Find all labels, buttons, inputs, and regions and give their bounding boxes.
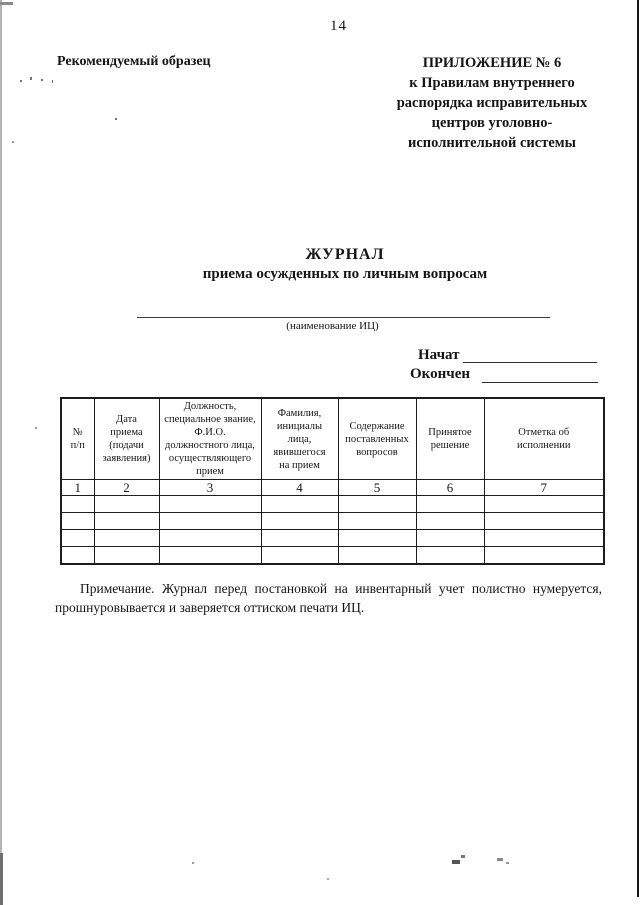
appendix-line: центров уголовно- (386, 113, 598, 133)
empty-cell (94, 513, 159, 530)
empty-cell (261, 496, 338, 513)
recommended-sample-label: Рекомендуемый образец (57, 54, 211, 70)
empty-cell (61, 496, 94, 513)
table-row (61, 530, 604, 547)
scan-speck (497, 858, 503, 861)
empty-cell (94, 496, 159, 513)
empty-cell (94, 530, 159, 547)
empty-cell (416, 496, 484, 513)
scan-right-edge-line (637, 0, 639, 897)
header-cell-decision: Принятое решение (416, 398, 484, 480)
scan-speck (20, 80, 22, 82)
page-number: 14 (330, 18, 347, 35)
table-row (61, 496, 604, 513)
journal-title-block: ЖУРНАЛ приема осужденных по личным вопро… (60, 245, 630, 284)
scan-speck (327, 878, 329, 880)
empty-cell (159, 513, 261, 530)
empty-cell (61, 547, 94, 564)
empty-cell (416, 530, 484, 547)
scan-speck (30, 77, 32, 80)
empty-cell (484, 513, 604, 530)
column-number: 6 (416, 480, 484, 496)
empty-cell (159, 530, 261, 547)
ic-name-caption: (наименование ИЦ) (240, 320, 425, 332)
scan-speck (452, 860, 460, 864)
empty-cell (261, 513, 338, 530)
column-number: 4 (261, 480, 338, 496)
column-number-row: 1 2 3 4 5 6 7 (61, 480, 604, 496)
empty-cell (484, 547, 604, 564)
header-cell-date: Дата приема (подачи заявления) (94, 398, 159, 480)
header-cell-official: Должность, специальное звание, Ф.И.О. до… (159, 398, 261, 480)
footnote-line-2: прошнуровывается и заверяется оттиском п… (55, 599, 602, 618)
scan-speck (41, 79, 43, 81)
scan-speck (192, 862, 194, 864)
empty-cell (484, 530, 604, 547)
column-number: 7 (484, 480, 604, 496)
table-row (61, 513, 604, 530)
empty-cell (338, 496, 416, 513)
appendix-line: к Правилам внутреннего (386, 73, 598, 93)
journal-title: ЖУРНАЛ (60, 245, 630, 264)
empty-cell (416, 513, 484, 530)
started-label: Начат (418, 347, 460, 364)
scan-left-edge-line (0, 0, 2, 905)
scan-speck (35, 427, 37, 429)
header-cell-person: Фамилия, инициалы лица, явившегося на пр… (261, 398, 338, 480)
journal-subtitle: приема осужденных по личным вопросам (60, 264, 630, 284)
column-number: 3 (159, 480, 261, 496)
footnote-line-1: Примечание. Журнал перед постановкой на … (55, 580, 602, 599)
empty-cell (338, 530, 416, 547)
scan-speck (52, 80, 53, 83)
empty-cell (61, 530, 94, 547)
footnote: Примечание. Журнал перед постановкой на … (55, 580, 602, 617)
scan-speck (506, 862, 509, 864)
empty-cell (338, 513, 416, 530)
table-row (61, 547, 604, 564)
scan-speck (115, 118, 117, 120)
empty-cell (159, 496, 261, 513)
empty-cell (484, 496, 604, 513)
column-number: 5 (338, 480, 416, 496)
header-cell-questions: Содержание поставленных вопросов (338, 398, 416, 480)
empty-cell (261, 547, 338, 564)
empty-cell (61, 513, 94, 530)
appendix-line: исполнительной системы (386, 133, 598, 153)
empty-cell (159, 547, 261, 564)
empty-cell (338, 547, 416, 564)
column-number: 1 (61, 480, 94, 496)
header-cell-execution: Отметка об исполнении (484, 398, 604, 480)
appendix-block: ПРИЛОЖЕНИЕ № 6 к Правилам внутреннего ра… (386, 53, 598, 153)
scan-speck (461, 855, 465, 858)
appendix-line: распорядка исправительных (386, 93, 598, 113)
empty-cell (261, 530, 338, 547)
column-number: 2 (94, 480, 159, 496)
finished-blank-line (482, 365, 598, 383)
table-header-row: № п/п Дата приема (подачи заявления) Дол… (61, 398, 604, 480)
scan-speck (0, 2, 13, 5)
ic-name-blank-line (137, 300, 550, 318)
header-cell-row-number: № п/п (61, 398, 94, 480)
appendix-title: ПРИЛОЖЕНИЕ № 6 (386, 53, 598, 73)
empty-cell (94, 547, 159, 564)
scan-left-edge-dark-segment (0, 853, 3, 905)
started-blank-line (463, 345, 597, 363)
scan-speck (12, 141, 14, 143)
journal-table: № п/п Дата приема (подачи заявления) Дол… (60, 397, 605, 565)
finished-label: Окончен (410, 366, 470, 383)
empty-cell (416, 547, 484, 564)
scanned-document-page: 14 Рекомендуемый образец ПРИЛОЖЕНИЕ № 6 … (0, 0, 640, 905)
